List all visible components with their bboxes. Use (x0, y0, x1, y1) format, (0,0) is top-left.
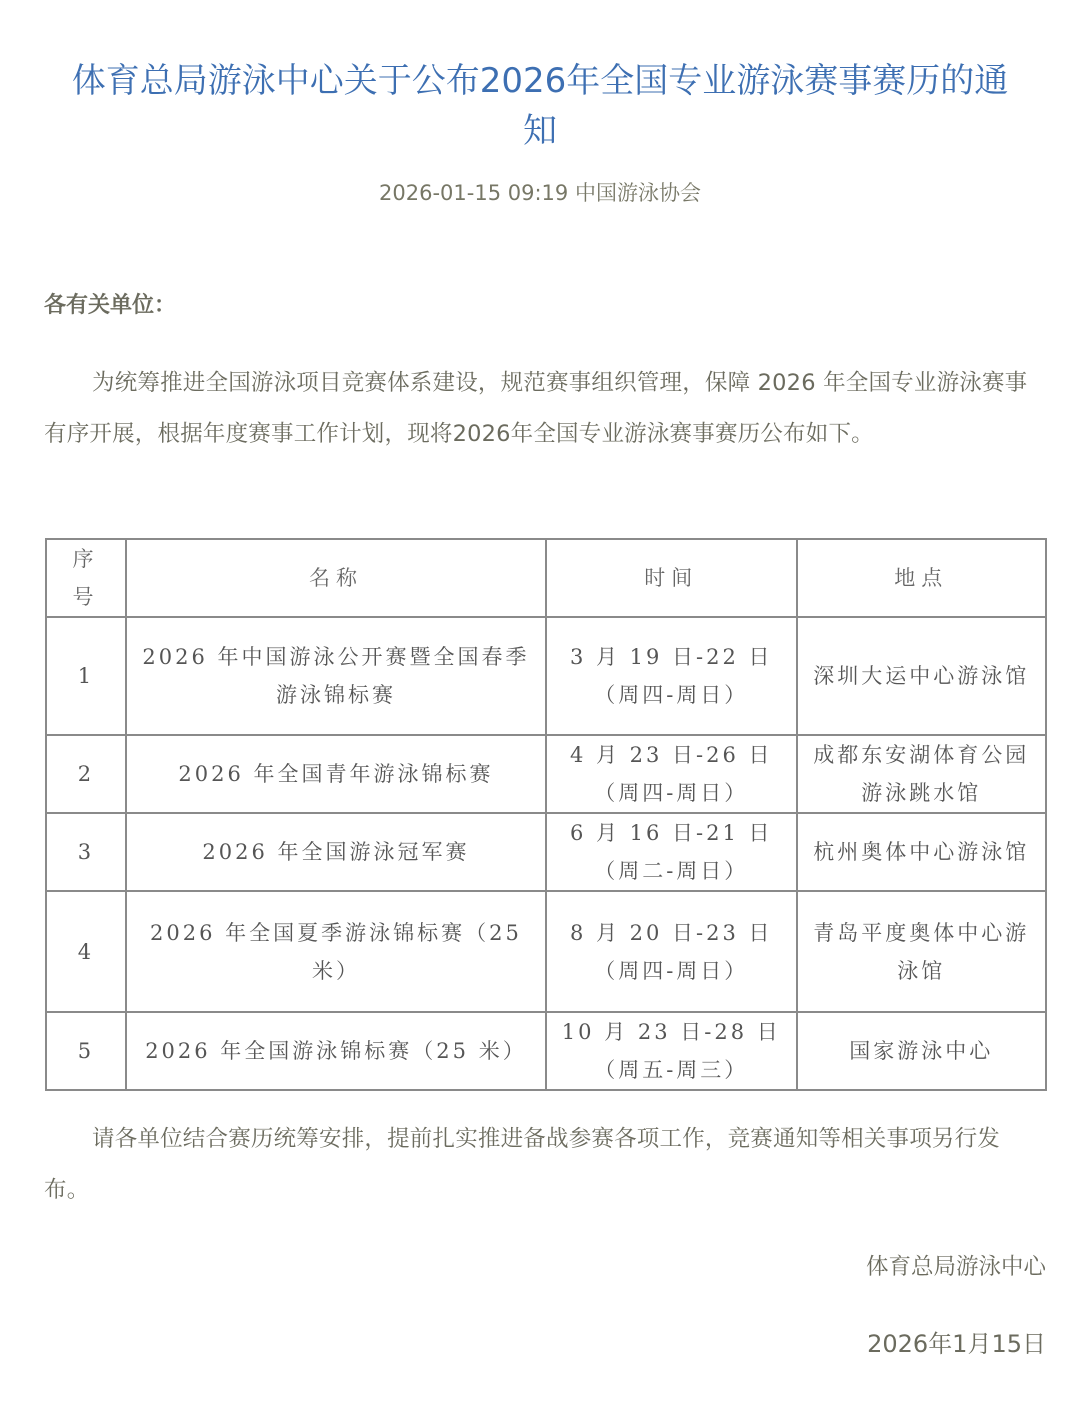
header-time: 时间 (546, 539, 797, 617)
cell-venue: 杭州奥体中心游泳馆 (797, 813, 1046, 891)
cell-weekday: （周二-周日） (561, 852, 782, 890)
header-name: 名称 (126, 539, 546, 617)
signature-org: 体育总局游泳中心 (866, 1250, 1046, 1284)
cell-name: 2026 年中国游泳公开赛暨全国春季游泳锦标赛 (126, 617, 546, 735)
cell-time: 4 月 23 日-26 日 （周四-周日） (546, 735, 797, 813)
cell-venue: 深圳大运中心游泳馆 (797, 617, 1046, 735)
cell-no: 1 (46, 617, 126, 735)
cell-weekday: （周四-周日） (561, 774, 782, 812)
cell-date: 8 月 20 日-23 日 (561, 914, 782, 952)
cell-name: 2026 年全国游泳锦标赛（25 米） (126, 1012, 546, 1090)
cell-no: 5 (46, 1012, 126, 1090)
cell-date: 6 月 16 日-21 日 (561, 814, 782, 852)
cell-venue: 国家游泳中心 (797, 1012, 1046, 1090)
header-no: 序号 (46, 539, 126, 617)
table-row: 1 2026 年中国游泳公开赛暨全国春季游泳锦标赛 3 月 19 日-22 日 … (46, 617, 1046, 735)
cell-time: 3 月 19 日-22 日 （周四-周日） (546, 617, 797, 735)
cell-venue: 成都东安湖体育公园游泳跳水馆 (797, 735, 1046, 813)
table-row: 2 2026 年全国青年游泳锦标赛 4 月 23 日-26 日 （周四-周日） … (46, 735, 1046, 813)
table-row: 5 2026 年全国游泳锦标赛（25 米） 10 月 23 日-28 日 （周五… (46, 1012, 1046, 1090)
cell-weekday: （周四-周日） (561, 676, 782, 714)
cell-no: 4 (46, 891, 126, 1012)
cell-name: 2026 年全国夏季游泳锦标赛（25 米） (126, 891, 546, 1012)
closing-paragraph: 请各单位结合赛历统筹安排，提前扎实推进备战参赛各项工作，竞赛通知等相关事项另行发… (44, 1114, 1044, 1216)
article-title: 体育总局游泳中心关于公布2026年全国专业游泳赛事赛历的通知 (60, 56, 1020, 156)
cell-weekday: （周五-周三） (561, 1051, 782, 1089)
intro-paragraph: 为统筹推进全国游泳项目竞赛体系建设，规范赛事组织管理，保障 2026 年全国专业… (44, 358, 1044, 460)
header-venue: 地点 (797, 539, 1046, 617)
cell-time: 10 月 23 日-28 日 （周五-周三） (546, 1012, 797, 1090)
salutation: 各有关单位： (44, 290, 176, 322)
cell-time: 6 月 16 日-21 日 （周二-周日） (546, 813, 797, 891)
cell-weekday: （周四-周日） (561, 952, 782, 990)
article-meta: 2026-01-15 09:19 中国游泳协会 (0, 178, 1080, 208)
cell-venue: 青岛平度奥体中心游泳馆 (797, 891, 1046, 1012)
cell-date: 3 月 19 日-22 日 (561, 638, 782, 676)
cell-no: 2 (46, 735, 126, 813)
cell-date: 4 月 23 日-26 日 (561, 736, 782, 774)
cell-date: 10 月 23 日-28 日 (561, 1013, 782, 1051)
cell-name: 2026 年全国青年游泳锦标赛 (126, 735, 546, 813)
table-header-row: 序号 名称 时间 地点 (46, 539, 1046, 617)
table-row: 4 2026 年全国夏季游泳锦标赛（25 米） 8 月 20 日-23 日 （周… (46, 891, 1046, 1012)
cell-time: 8 月 20 日-23 日 （周四-周日） (546, 891, 797, 1012)
cell-no: 3 (46, 813, 126, 891)
schedule-table: 序号 名称 时间 地点 1 2026 年中国游泳公开赛暨全国春季游泳锦标赛 3 … (45, 538, 1047, 1091)
signature-date: 2026年1月15日 (867, 1326, 1046, 1362)
cell-name: 2026 年全国游泳冠军赛 (126, 813, 546, 891)
table-row: 3 2026 年全国游泳冠军赛 6 月 16 日-21 日 （周二-周日） 杭州… (46, 813, 1046, 891)
